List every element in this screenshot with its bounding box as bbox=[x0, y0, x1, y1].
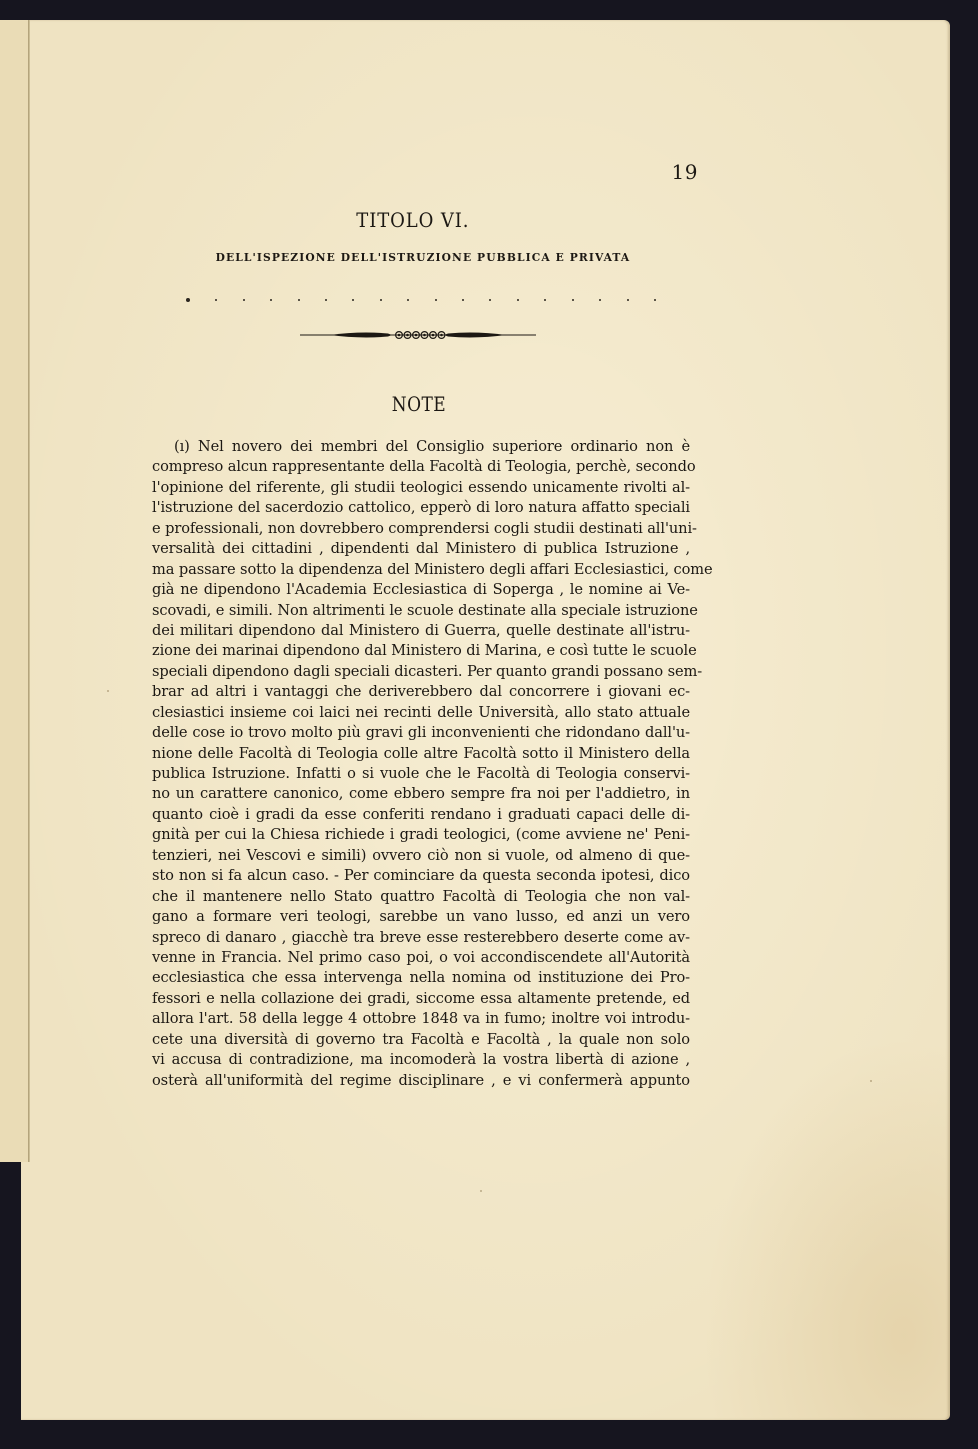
text-line: publica Istruzione. Infatti o si vuole c… bbox=[152, 764, 690, 784]
ellipsis-dot bbox=[270, 299, 272, 301]
text-line: l'opinione del riferente, gli studii teo… bbox=[152, 478, 690, 498]
text-line: che il mantenere nello Stato quattro Fac… bbox=[152, 887, 690, 907]
text-line: sto non si fa alcun caso. - Per comincia… bbox=[152, 866, 690, 886]
ellipsis-dot bbox=[654, 299, 656, 301]
text-line: clesiastici insieme coi laici nei recint… bbox=[152, 703, 690, 723]
text-line: scovadi, e simili. Non altrimenti le scu… bbox=[152, 601, 690, 621]
ellipsis-dot bbox=[544, 299, 546, 301]
text-line: ma passare sotto la dipendenza del Minis… bbox=[152, 560, 690, 580]
text-line: già ne dipendono l'Academia Ecclesiastic… bbox=[152, 580, 690, 600]
text-line: speciali dipendono dagli speciali dicast… bbox=[152, 662, 690, 682]
paper-speck bbox=[480, 1190, 482, 1192]
ellipsis-dot bbox=[435, 299, 437, 301]
notes-heading-text: NOTE bbox=[392, 392, 446, 416]
section-title: TITOLO VI. bbox=[0, 208, 826, 232]
ellipsis-dot bbox=[517, 299, 519, 301]
text-line: no un carattere canonico, come ebbero se… bbox=[152, 784, 690, 804]
footnote-body: (ı) Nel novero dei membri del Consiglio … bbox=[152, 437, 690, 1091]
ellipsis-dot bbox=[243, 299, 245, 301]
text-line: e professionali, non dovrebbero comprend… bbox=[152, 519, 690, 539]
text-line: delle cose io trovo molto più gravi gli … bbox=[152, 723, 690, 743]
text-line: (ı) Nel novero dei membri del Consiglio … bbox=[152, 437, 690, 457]
text-line: nione delle Facoltà di Teologia colle al… bbox=[152, 744, 690, 764]
section-subtitle: DELL'ISPEZIONE DELL'ISTRUZIONE PUBBLICA … bbox=[0, 250, 846, 264]
text-line: venne in Francia. Nel primo caso poi, o … bbox=[152, 948, 690, 968]
ellipsis-dot bbox=[489, 299, 491, 301]
text-line: cete una diversità di governo tra Facolt… bbox=[152, 1030, 690, 1050]
ellipsis-dot bbox=[380, 299, 382, 301]
ellipsis-dot-row bbox=[186, 296, 656, 304]
text-line: spreco di danaro , giacchè tra breve ess… bbox=[152, 928, 690, 948]
text-line: gano a formare veri teologi, sarebbe un … bbox=[152, 907, 690, 927]
text-line: osterà all'uniformità del regime discipl… bbox=[152, 1071, 690, 1091]
ellipsis-dot bbox=[407, 299, 409, 301]
text-line: ecclesiastica che essa intervenga nella … bbox=[152, 968, 690, 988]
ellipsis-dot bbox=[599, 299, 601, 301]
text-line: allora l'art. 58 della legge 4 ottobre 1… bbox=[152, 1009, 690, 1029]
text-line: vi accusa di contradizione, ma incomoder… bbox=[152, 1050, 690, 1070]
text-line: l'istruzione del sacerdozio cattolico, e… bbox=[152, 498, 690, 518]
text-line: compreso alcun rappresentante della Faco… bbox=[152, 457, 690, 477]
text-line: quanto cioè i gradi da esse conferiti re… bbox=[152, 805, 690, 825]
notes-heading: NOTE bbox=[0, 392, 838, 416]
ellipsis-dot bbox=[627, 299, 629, 301]
text-line: versalità dei cittadini , dipendenti dal… bbox=[152, 539, 690, 559]
text-line: brar ad altri i vantaggi che deriverebbe… bbox=[152, 682, 690, 702]
page-number: 19 bbox=[668, 160, 698, 184]
ellipsis-dot bbox=[298, 299, 300, 301]
section-title-text: TITOLO VI. bbox=[356, 208, 469, 232]
ellipsis-dot bbox=[462, 299, 464, 301]
ellipsis-dot bbox=[325, 299, 327, 301]
ellipsis-dot bbox=[352, 299, 354, 301]
text-line: gnità per cui la Chiesa richiede i gradi… bbox=[152, 825, 690, 845]
ellipsis-dot bbox=[186, 298, 190, 302]
text-line: zione dei marinai dipendono dal Minister… bbox=[152, 641, 690, 661]
ellipsis-dot bbox=[215, 299, 217, 301]
text-line: fessori e nella collazione dei gradi, si… bbox=[152, 989, 690, 1009]
text-line: tenzieri, nei Vescovi e simili) ovvero c… bbox=[152, 846, 690, 866]
page-content: 19 TITOLO VI. DELL'ISPEZIONE DELL'ISTRUZ… bbox=[0, 0, 978, 1449]
ellipsis-dot bbox=[572, 299, 574, 301]
section-subtitle-text: DELL'ISPEZIONE DELL'ISTRUZIONE PUBBLICA … bbox=[216, 250, 631, 264]
ornamental-divider-icon bbox=[300, 327, 536, 343]
paper-speck bbox=[107, 690, 109, 692]
text-line: dei militari dipendono dal Ministero di … bbox=[152, 621, 690, 641]
paper-speck bbox=[870, 1080, 872, 1082]
